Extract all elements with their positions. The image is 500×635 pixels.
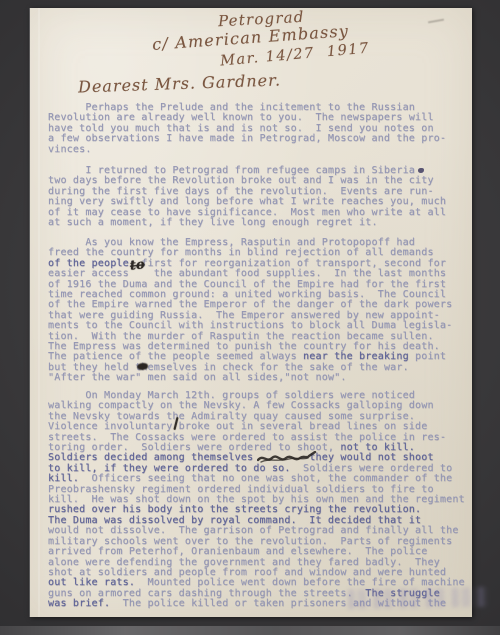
scribble-strokes <box>257 451 317 465</box>
scanner-bed-edge <box>0 626 500 635</box>
faint-pencil-dash <box>428 19 444 24</box>
letter-page: Petrograd c/ American Embassy Mar. 14/27… <box>30 8 472 617</box>
salutation: Dearest Mrs. Gardner. <box>78 70 282 96</box>
ink-scribble-icon <box>257 451 317 465</box>
paragraph-2: I returned to Petrograd from refugee cam… <box>48 166 472 228</box>
scan-frame: Petrograd c/ American Embassy Mar. 14/27… <box>0 0 500 635</box>
paragraph-3: As you know the Empress, Rasputin and Pr… <box>48 238 472 384</box>
paragraph-4: On Monday March 12th. groups of soldiers… <box>48 391 472 610</box>
handwritten-insertion: to <box>129 257 145 273</box>
paragraph-1: Perhaps the Prelude and the incitement t… <box>48 103 472 155</box>
offset-ink-smudge <box>348 587 488 609</box>
